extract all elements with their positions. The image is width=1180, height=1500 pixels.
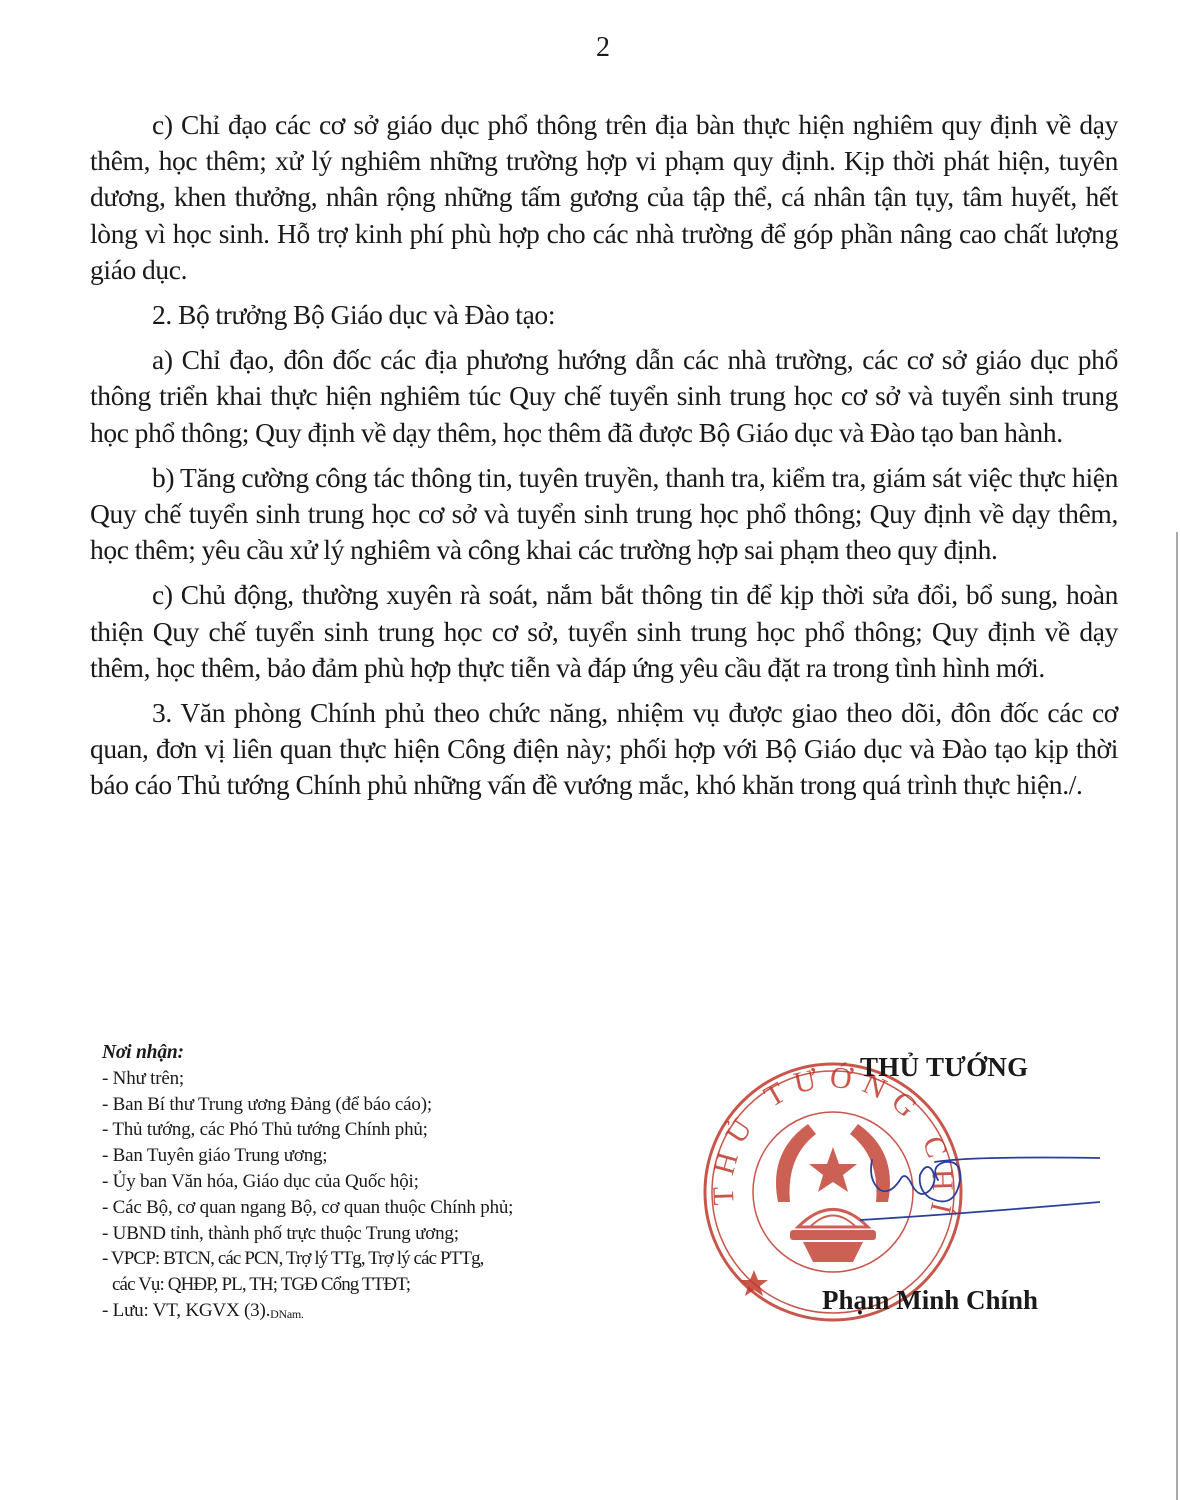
recipients-list: Nơi nhận: - Như trên; - Ban Bí thư Trung… [102,1040,662,1328]
recipient-item: - Thủ tướng, các Phó Thủ tướng Chính phủ… [102,1117,662,1143]
recipient-item: - Ủy ban Văn hóa, Giáo dục của Quốc hội; [102,1169,662,1195]
recipient-item: - UBND tỉnh, thành phố trực thuộc Trung … [102,1221,662,1247]
document-body: c) Chỉ đạo các cơ sở giáo dục phổ thông … [90,107,1118,813]
section-heading-2: 2. Bộ trưởng Bộ Giáo dục và Đào tạo: [90,297,1118,333]
paragraph-2b: b) Tăng cường công tác thông tin, tuyên … [90,460,1118,569]
drafter-initials: DNam. [270,1307,304,1321]
recipient-item: - Các Bộ, cơ quan ngang Bộ, cơ quan thuộ… [102,1195,662,1221]
recipient-item-archive: - Lưu: VT, KGVX (3).DNam. [102,1298,662,1328]
paragraph-2a: a) Chỉ đạo, đôn đốc các địa phương hướng… [90,342,1118,451]
archive-text: - Lưu: VT, KGVX (3). [102,1300,270,1321]
signer-name: Phạm Minh Chính [822,1285,1038,1316]
paragraph-3: 3. Văn phòng Chính phủ theo chức năng, n… [90,695,1118,804]
handwritten-signature-icon [860,1140,1100,1240]
recipient-item: - VPCP: BTCN, các PCN, Trợ lý TTg, Trợ l… [102,1246,662,1272]
paragraph-2c: c) Chủ động, thường xuyên rà soát, nắm b… [90,577,1118,686]
recipients-title: Nơi nhận: [102,1040,662,1066]
recipient-item: - Ban Tuyên giáo Trung ương; [102,1143,662,1169]
page-number: 2 [0,30,1180,66]
recipient-item: - Ban Bí thư Trung ương Đảng (để báo cáo… [102,1092,662,1118]
recipient-item: - Như trên; [102,1066,662,1092]
page-edge-divider [1176,532,1178,1500]
signer-title: THỦ TƯỚNG [860,1052,1028,1083]
signature-block: THỦ TƯỚNG CHÍNH PHỦ THỦ TƯỚNG Phạm Minh … [690,1040,1110,1340]
paragraph-1c: c) Chỉ đạo các cơ sở giáo dục phổ thông … [90,107,1118,288]
recipient-item-continuation: các Vụ: QHĐP, PL, TH; TGĐ Cổng TTĐT; [102,1272,662,1298]
